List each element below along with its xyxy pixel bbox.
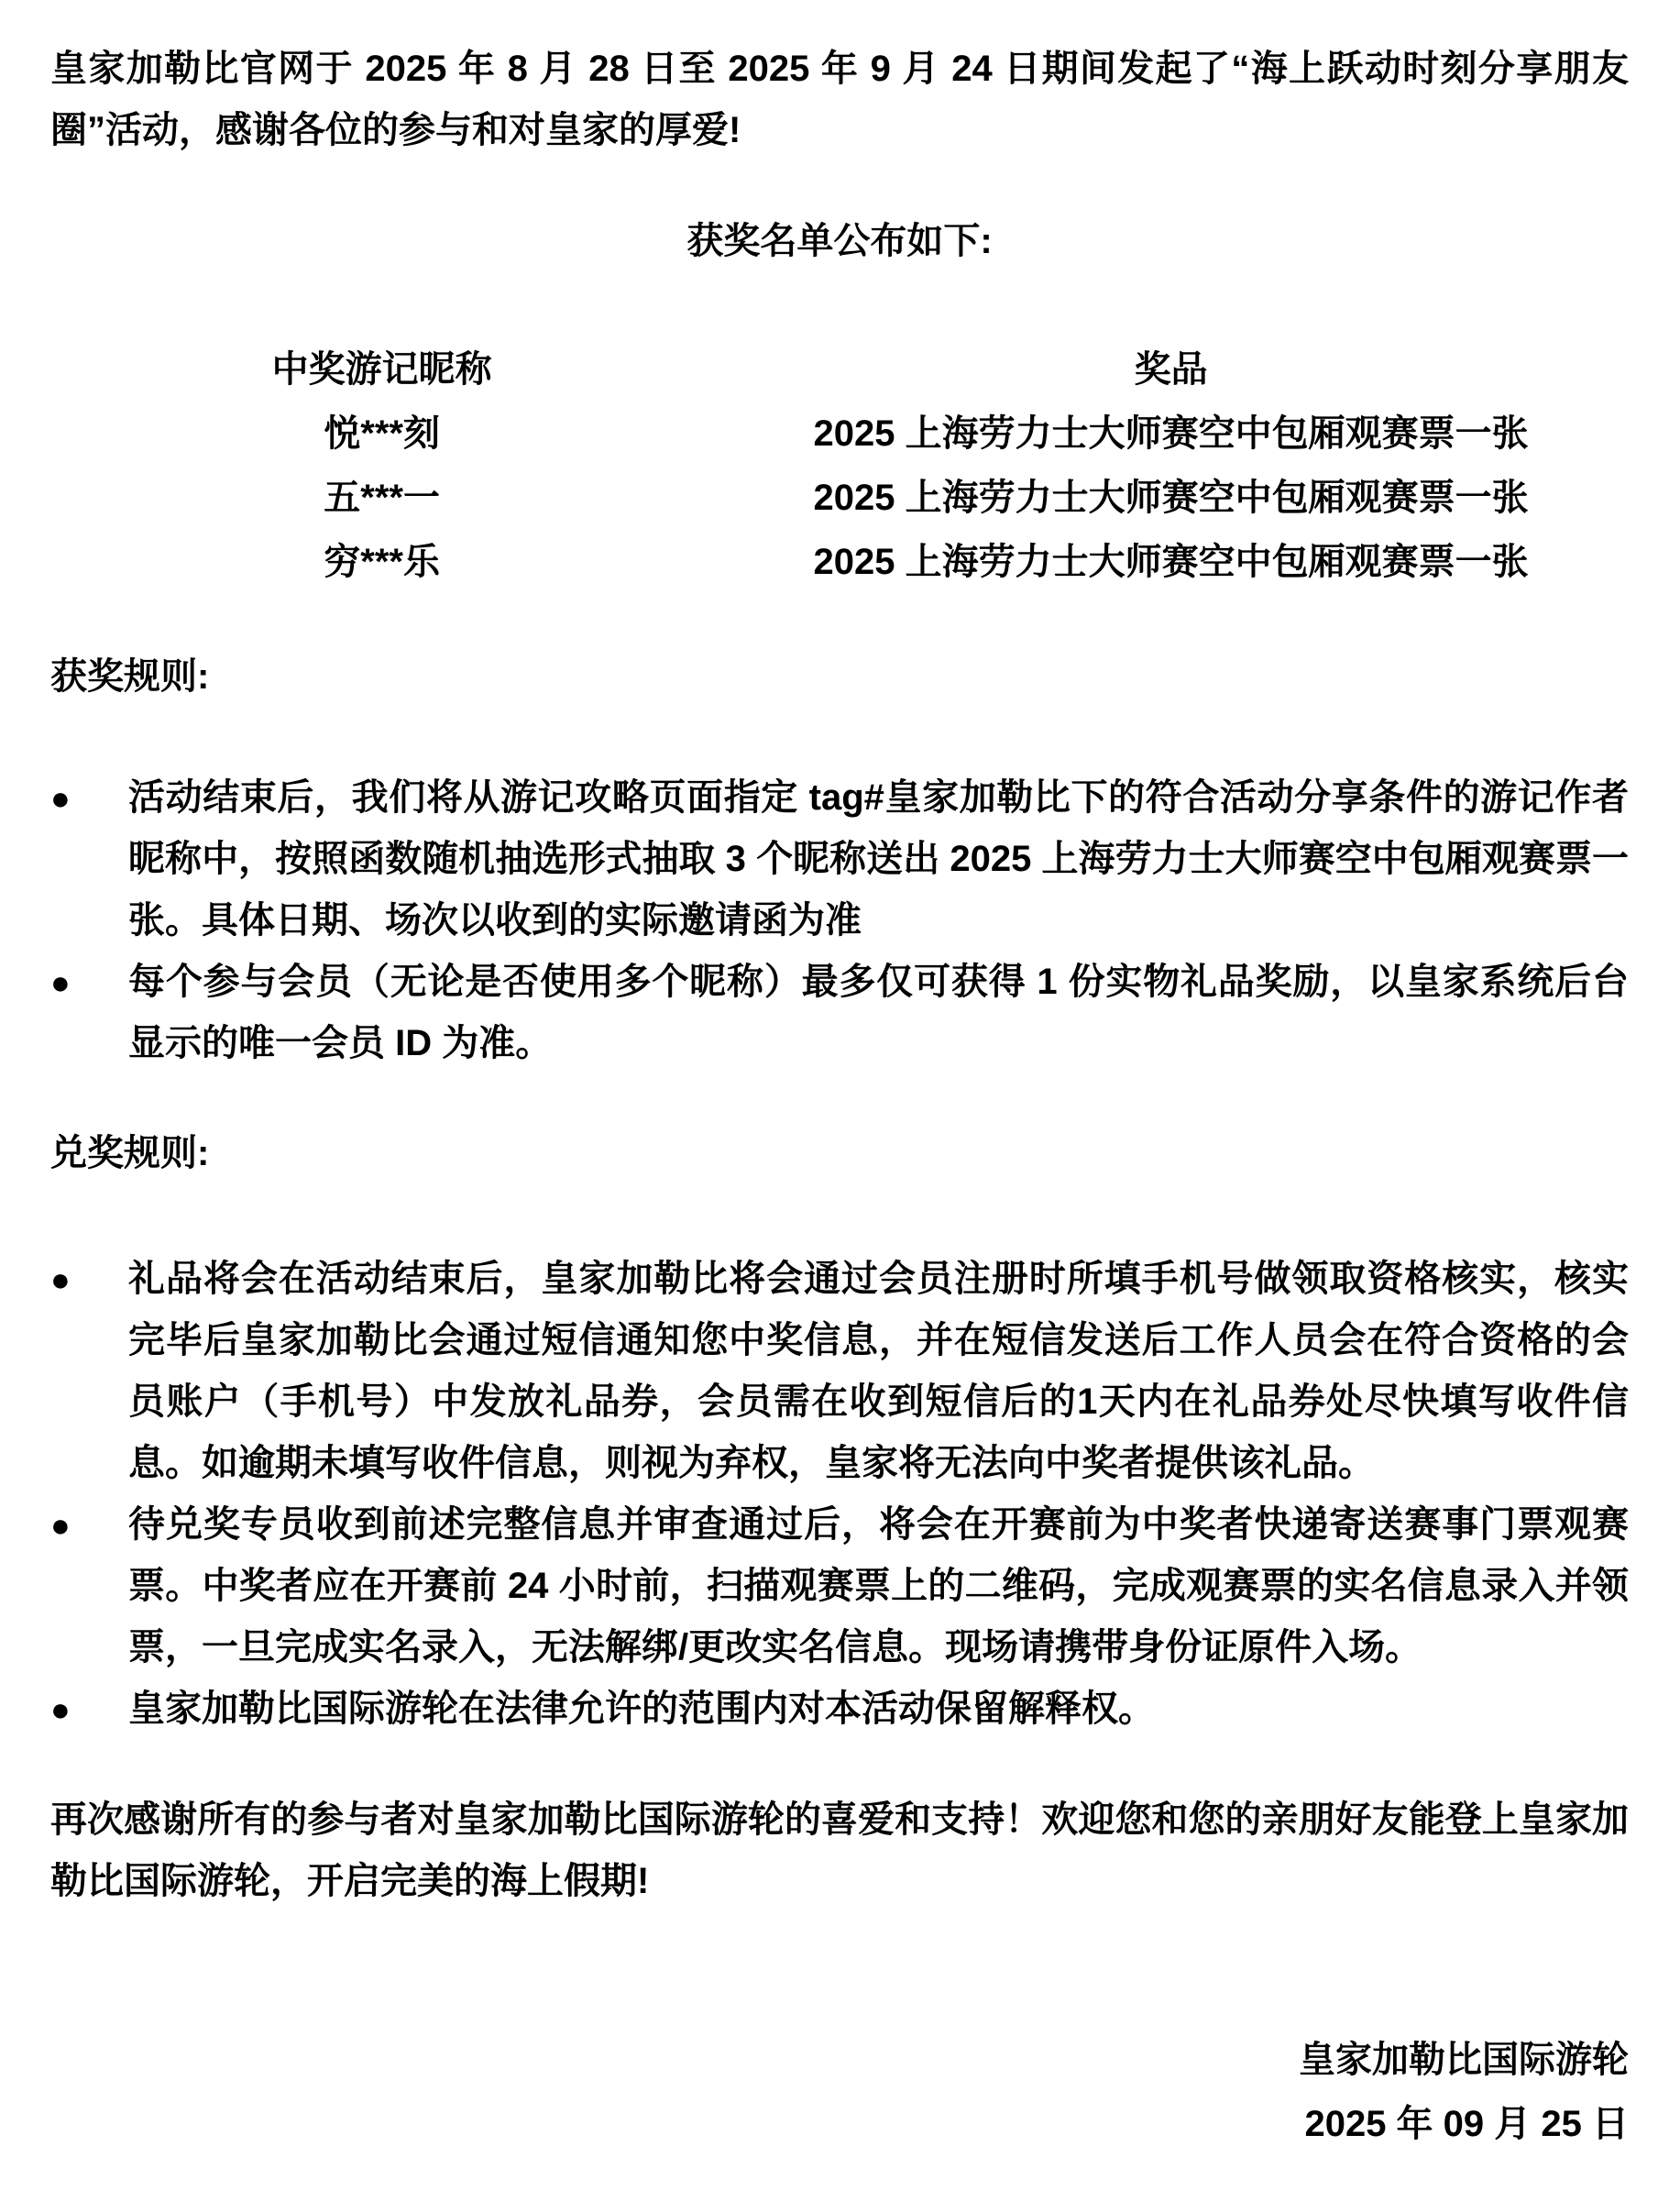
signature-block: 皇家加勒比国际游轮 2025 年 09 月 25 日: [50, 2028, 1629, 2156]
winners-heading: 获奖名单公布如下:: [50, 211, 1629, 272]
award-rules-heading: 获奖规则:: [50, 646, 1629, 708]
rule-item: ● 待兑奖专员收到前述完整信息并审查通过后，将会在开赛前为中奖者快递寄送赛事门票…: [50, 1494, 1629, 1678]
bullet-icon: ●: [50, 767, 128, 829]
winner-prize: 2025 上海劳力士大师赛空中包厢观赛票一张: [713, 530, 1629, 594]
closing-paragraph: 再次感谢所有的参与者对皇家加勒比国际游轮的喜爱和支持！欢迎您和您的亲朋好友能登上…: [50, 1789, 1629, 1912]
bullet-icon: ●: [50, 1249, 128, 1310]
intro-paragraph: 皇家加勒比官网于 2025 年 8 月 28 日至 2025 年 9 月 24 …: [50, 39, 1629, 161]
rule-text: 活动结束后，我们将从游记攻略页面指定 tag#皇家加勒比下的符合活动分享条件的游…: [128, 777, 1629, 941]
rule-text: 皇家加勒比国际游轮在法律允许的范围内对本活动保留解释权。: [128, 1689, 1155, 1729]
winner-prize: 2025 上海劳力士大师赛空中包厢观赛票一张: [713, 466, 1629, 530]
rule-item: ● 活动结束后，我们将从游记攻略页面指定 tag#皇家加勒比下的符合活动分享条件…: [50, 767, 1629, 952]
rule-text: 礼品将会在活动结束后，皇家加勒比将会通过会员注册时所填手机号做领取资格核实，核实…: [128, 1259, 1629, 1483]
winner-nickname: 悦***刻: [50, 402, 713, 466]
signature-org: 皇家加勒比国际游轮: [50, 2028, 1629, 2092]
signature-date: 2025 年 09 月 25 日: [50, 2092, 1629, 2156]
winner-nickname: 五***一: [50, 466, 713, 530]
rule-item: ● 每个参与会员（无论是否使用多个昵称）最多仅可获得 1 份实物礼品奖励，以皇家…: [50, 952, 1629, 1074]
redeem-rules-heading: 兑奖规则:: [50, 1123, 1629, 1184]
table-header-row: 中奖游记昵称 奖品: [50, 337, 1629, 402]
redeem-rules-list: ● 礼品将会在活动结束后，皇家加勒比将会通过会员注册时所填手机号做领取资格核实，…: [50, 1249, 1629, 1740]
bullet-icon: ●: [50, 1678, 128, 1740]
rule-text: 每个参与会员（无论是否使用多个昵称）最多仅可获得 1 份实物礼品奖励，以皇家系统…: [128, 962, 1629, 1063]
column-header-prize: 奖品: [713, 337, 1629, 402]
rule-item: ● 皇家加勒比国际游轮在法律允许的范围内对本活动保留解释权。: [50, 1678, 1629, 1740]
rule-item: ● 礼品将会在活动结束后，皇家加勒比将会通过会员注册时所填手机号做领取资格核实，…: [50, 1249, 1629, 1494]
award-rules-list: ● 活动结束后，我们将从游记攻略页面指定 tag#皇家加勒比下的符合活动分享条件…: [50, 767, 1629, 1074]
bullet-icon: ●: [50, 952, 128, 1013]
table-row: 悦***刻 2025 上海劳力士大师赛空中包厢观赛票一张: [50, 402, 1629, 466]
rule-text: 待兑奖专员收到前述完整信息并审查通过后，将会在开赛前为中奖者快递寄送赛事门票观赛…: [128, 1504, 1629, 1667]
bullet-icon: ●: [50, 1494, 128, 1556]
announcement-document: 皇家加勒比官网于 2025 年 8 月 28 日至 2025 年 9 月 24 …: [0, 0, 1680, 2190]
winner-prize: 2025 上海劳力士大师赛空中包厢观赛票一张: [713, 402, 1629, 466]
column-header-nickname: 中奖游记昵称: [50, 337, 713, 402]
winners-table: 中奖游记昵称 奖品 悦***刻 2025 上海劳力士大师赛空中包厢观赛票一张 五…: [50, 337, 1629, 594]
table-row: 五***一 2025 上海劳力士大师赛空中包厢观赛票一张: [50, 466, 1629, 530]
winner-nickname: 穷***乐: [50, 530, 713, 594]
table-row: 穷***乐 2025 上海劳力士大师赛空中包厢观赛票一张: [50, 530, 1629, 594]
